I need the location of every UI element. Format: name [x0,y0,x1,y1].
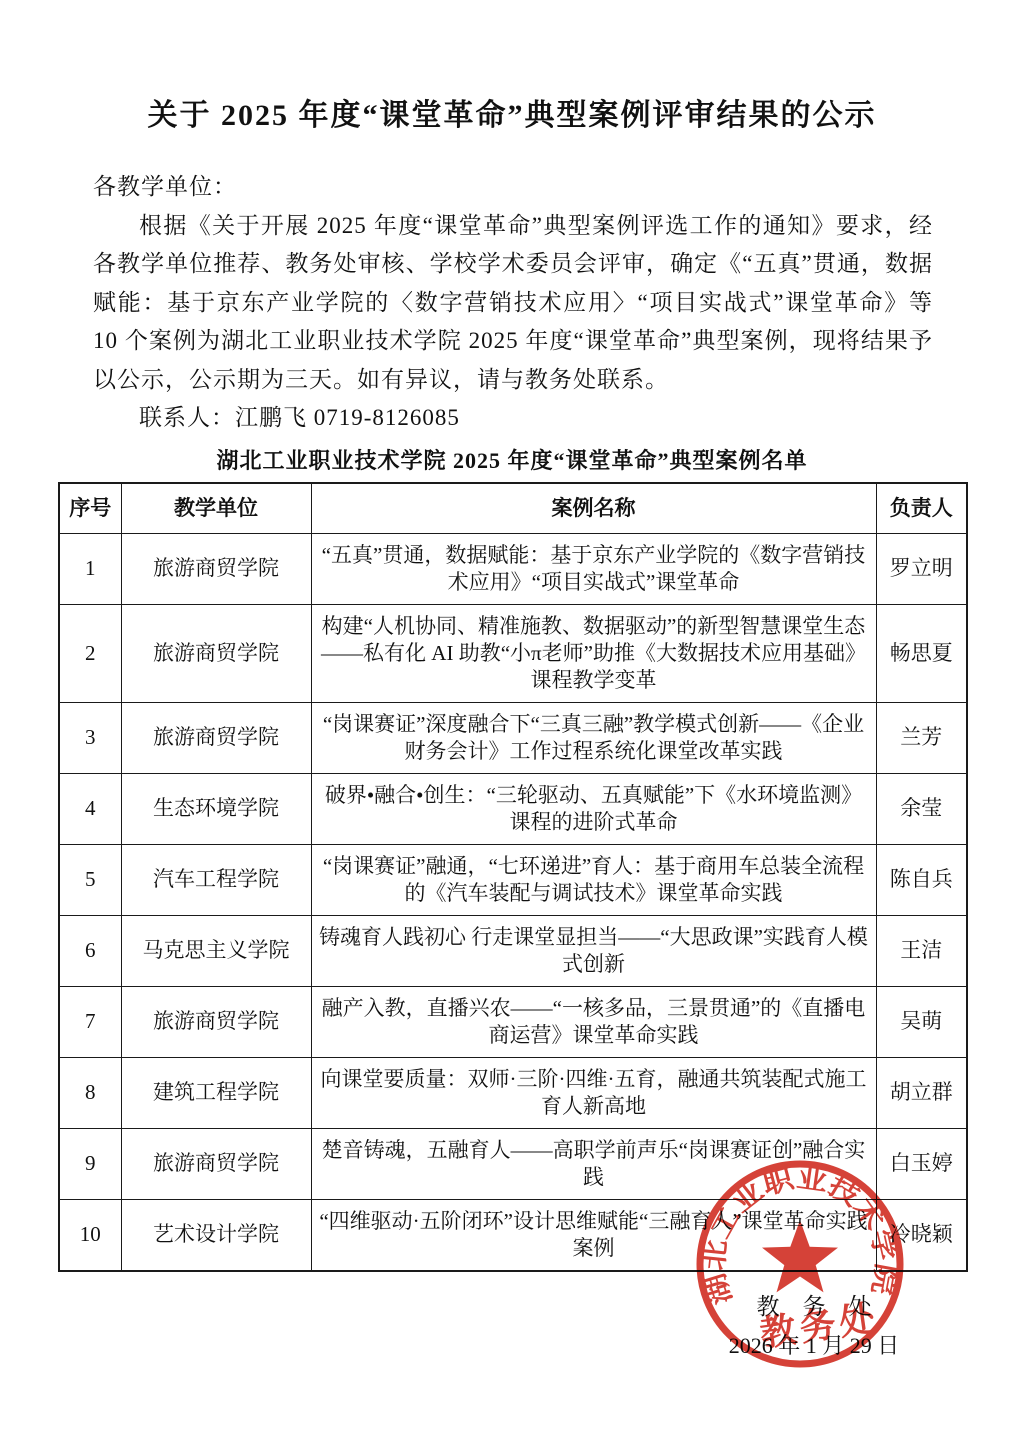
cell-no: 7 [59,986,121,1057]
table-row: 8 建筑工程学院 向课堂要质量：双师·三阶·四维·五育，融通共筑装配式施工育人新… [59,1057,967,1128]
table-row: 3 旅游商贸学院 “岗课赛证”深度融合下“三真三融”教学模式创新——《企业财务会… [59,702,967,773]
cell-person: 王洁 [876,915,967,986]
cell-person: 畅思夏 [876,604,967,702]
header-case: 案例名称 [311,483,876,534]
table-row: 2 旅游商贸学院 构建“人机协同、精准施教、数据驱动”的新型智慧课堂生态——私有… [59,604,967,702]
cell-no: 4 [59,773,121,844]
cell-person: 余莹 [876,773,967,844]
cell-unit: 旅游商贸学院 [121,533,311,604]
official-seal-icon: 湖北工业职业技术学院 教务处 [692,1156,908,1372]
cell-unit: 生态环境学院 [121,773,311,844]
document-body: 关于 2025 年度“课堂革命”典型案例评审结果的公示 各教学单位： 根据《关于… [0,0,1024,1272]
cell-person: 陈自兵 [876,844,967,915]
cell-person: 兰芳 [876,702,967,773]
cell-case: “岗课赛证”深度融合下“三真三融”教学模式创新——《企业财务会计》工作过程系统化… [311,702,876,773]
cell-unit: 旅游商贸学院 [121,702,311,773]
cell-unit: 艺术设计学院 [121,1199,311,1271]
body-text-block: 各教学单位： 根据《关于开展 2025 年度“课堂革命”典型案例评选工作的通知》… [93,168,933,438]
contact-line: 联系人：江鹏飞 0719-8126085 [93,399,933,438]
table-header-row: 序号 教学单位 案例名称 负责人 [59,483,967,534]
header-unit: 教学单位 [121,483,311,534]
salutation: 各教学单位： [93,168,933,207]
cell-no: 6 [59,915,121,986]
body-paragraph: 根据《关于开展 2025 年度“课堂革命”典型案例评选工作的通知》要求，经各教学… [93,207,933,400]
table-row: 6 马克思主义学院 铸魂育人践初心 行走课堂显担当——“大思政课”实践育人模式创… [59,915,967,986]
cell-person: 罗立明 [876,533,967,604]
cell-case: “岗课赛证”融通，“七环递进”育人：基于商用车总装全流程的《汽车装配与调试技术》… [311,844,876,915]
cell-unit: 汽车工程学院 [121,844,311,915]
header-no: 序号 [59,483,121,534]
page-title: 关于 2025 年度“课堂革命”典型案例评审结果的公示 [58,96,966,136]
table-row: 4 生态环境学院 破界•融合•创生：“三轮驱动、五真赋能”下《水环境监测》课程的… [59,773,967,844]
cell-no: 8 [59,1057,121,1128]
table-caption: 湖北工业职业技术学院 2025 年度“课堂革命”典型案例名单 [58,446,966,476]
table-row: 7 旅游商贸学院 融产入教，直播兴农——“一核多品，三景贯通”的《直播电商运营》… [59,986,967,1057]
cell-case: 破界•融合•创生：“三轮驱动、五真赋能”下《水环境监测》课程的进阶式革命 [311,773,876,844]
cell-unit: 建筑工程学院 [121,1057,311,1128]
cell-case: 铸魂育人践初心 行走课堂显担当——“大思政课”实践育人模式创新 [311,915,876,986]
cell-case: 融产入教，直播兴农——“一核多品，三景贯通”的《直播电商运营》课堂革命实践 [311,986,876,1057]
cell-no: 3 [59,702,121,773]
header-person: 负责人 [876,483,967,534]
table-row: 1 旅游商贸学院 “五真”贯通，数据赋能：基于京东产业学院的《数字营销技术应用》… [59,533,967,604]
cell-no: 2 [59,604,121,702]
cell-unit: 旅游商贸学院 [121,604,311,702]
cell-case: 构建“人机协同、精准施教、数据驱动”的新型智慧课堂生态——私有化 AI 助教“小… [311,604,876,702]
cell-no: 9 [59,1128,121,1199]
cell-person: 吴萌 [876,986,967,1057]
cell-unit: 马克思主义学院 [121,915,311,986]
cell-no: 5 [59,844,121,915]
cell-case: 向课堂要质量：双师·三阶·四维·五育，融通共筑装配式施工育人新高地 [311,1057,876,1128]
cell-no: 1 [59,533,121,604]
cell-no: 10 [59,1199,121,1271]
table-row: 5 汽车工程学院 “岗课赛证”融通，“七环递进”育人：基于商用车总装全流程的《汽… [59,844,967,915]
results-table: 序号 教学单位 案例名称 负责人 1 旅游商贸学院 “五真”贯通，数据赋能：基于… [58,482,968,1272]
cell-person: 胡立群 [876,1057,967,1128]
cell-case: “五真”贯通，数据赋能：基于京东产业学院的《数字营销技术应用》“项目实战式”课堂… [311,533,876,604]
cell-unit: 旅游商贸学院 [121,986,311,1057]
announcement-page: 关于 2025 年度“课堂革命”典型案例评审结果的公示 各教学单位： 根据《关于… [0,0,1024,1448]
cell-unit: 旅游商贸学院 [121,1128,311,1199]
seal-star-icon [762,1220,838,1292]
